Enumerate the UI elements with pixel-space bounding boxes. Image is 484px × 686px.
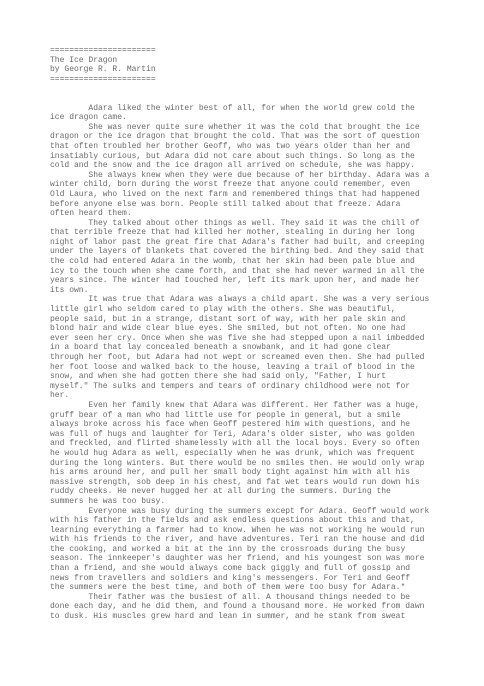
- document-title: The Ice Dragon: [50, 56, 456, 66]
- paragraph: Their father was the busiest of all. A t…: [50, 593, 456, 622]
- paragraph: Even her family knew that Adara was diff…: [50, 401, 456, 507]
- paragraph: She always knew when they were due becau…: [50, 171, 456, 219]
- paragraph: Everyone was busy during the summers exc…: [50, 507, 456, 593]
- document-byline: by George R. R. Martin: [50, 65, 456, 75]
- paragraph: It was true that Adara was always a chil…: [50, 295, 456, 401]
- paragraph: Adara liked the winter best of all, for …: [50, 104, 456, 123]
- document-header: ====================== The Ice Dragon by…: [50, 46, 456, 84]
- paragraph: They talked about other things as well. …: [50, 219, 456, 296]
- header-gap: [50, 84, 456, 103]
- text-document-page: ====================== The Ice Dragon by…: [0, 0, 484, 686]
- header-separator-bottom: ======================: [50, 75, 456, 85]
- header-separator-top: ======================: [50, 46, 456, 56]
- document-body: Adara liked the winter best of all, for …: [50, 104, 456, 622]
- paragraph: She was never quite sure whether it was …: [50, 123, 456, 171]
